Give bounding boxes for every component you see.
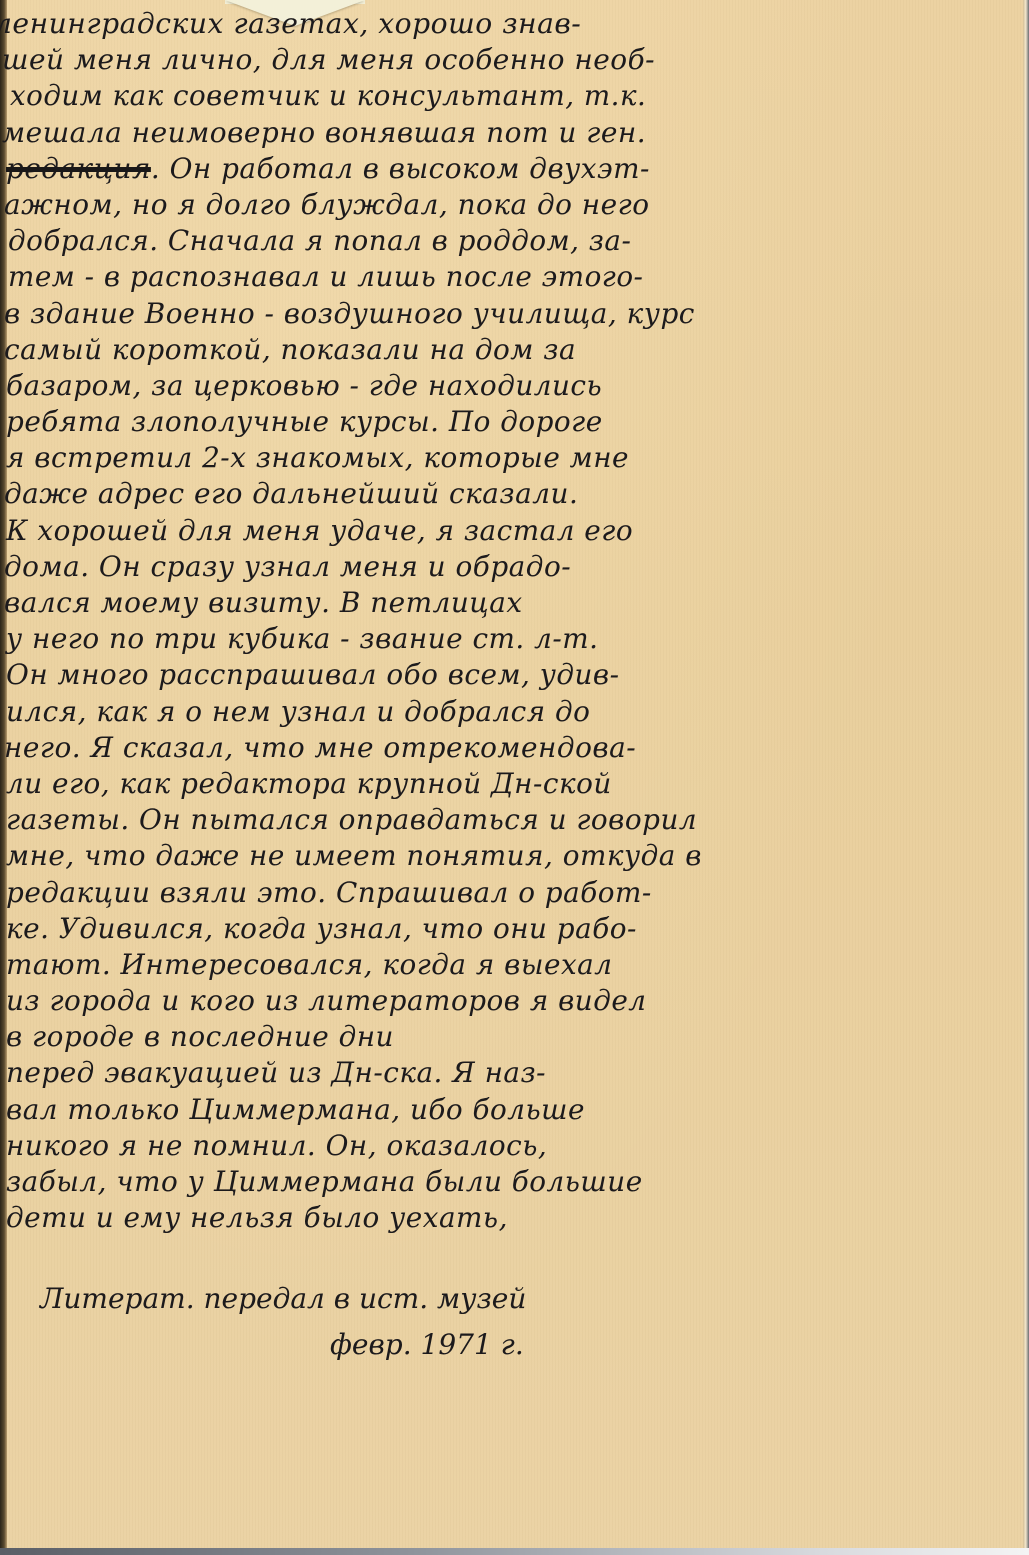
- text-line-12: ребята злополучные курсы. По дороге: [6, 404, 1010, 440]
- line-text: в городе в последние дни: [6, 1020, 394, 1053]
- page-bottom-edge: [0, 1548, 1029, 1555]
- line-text: газеты. Он пытался оправдаться и говорил: [6, 803, 697, 836]
- text-line-31: вал только Циммермана, ибо больше: [6, 1092, 1010, 1128]
- text-line-26: ке. Удивился, когда узнал, что они рабо-: [6, 911, 1010, 947]
- text-line-9: в здание Военно - воздушного училища, ку…: [4, 296, 1010, 332]
- text-line-28: из города и кого из литераторов я видел: [6, 983, 1010, 1019]
- closing-note: Литерат. передал в ист. музей: [40, 1282, 526, 1315]
- text-line-5: редакция. Он работал в высоком двухэт-: [6, 151, 1010, 187]
- text-line-17: вался моему визиту. В петлицах: [4, 585, 1010, 621]
- text-line-27: тают. Интересовался, когда я выехал: [6, 947, 1010, 983]
- text-line-32: никого я не помнил. Он, оказалось,: [6, 1128, 1010, 1164]
- text-line-21: него. Я сказал, что мне отрекомендова-: [4, 730, 1010, 766]
- manuscript-page: ленинградских газетах, хорошо знав- шей …: [0, 0, 1029, 1548]
- text-line-6: ажном, но я долго блуждал, пока до него: [4, 187, 1010, 223]
- line-text: из города и кого из литераторов я видел: [6, 984, 647, 1017]
- text-line-30: перед эвакуацией из Дн-ска. Я наз-: [6, 1055, 1010, 1091]
- text-line-23: газеты. Он пытался оправдаться и говорил: [6, 802, 1010, 838]
- text-line-34: дети и ему нельзя было уехать,: [6, 1200, 1010, 1236]
- line-text: мешала неимоверно вонявшая пот и ген.: [2, 116, 646, 149]
- line-text: я встретил 2-х знакомых, которые мне: [6, 441, 629, 474]
- line-text: него. Я сказал, что мне отрекомендова-: [4, 731, 636, 764]
- line-text: ребята злополучные курсы. По дороге: [6, 405, 603, 438]
- line-text: ке. Удивился, когда узнал, что они рабо-: [6, 912, 637, 945]
- text-line-7: добрался. Сначала я попал в роддом, за-: [8, 223, 1010, 259]
- line-text: ленинградских газетах, хорошо знав-: [0, 7, 581, 40]
- text-line-4: мешала неимоверно вонявшая пот и ген.: [2, 115, 1010, 151]
- text-line-18: у него по три кубика - звание ст. л-т.: [6, 621, 1010, 657]
- text-line-14: даже адрес его дальнейший сказали.: [4, 476, 1010, 512]
- line-text: мне, что даже не имеет понятия, откуда в: [6, 839, 702, 872]
- line-text: у него по три кубика - звание ст. л-т.: [6, 622, 598, 655]
- text-line-2: шей меня лично, для меня особенно необ-: [2, 42, 1010, 78]
- line-text: самый короткой, показали на дом за: [4, 333, 576, 366]
- line-text: вался моему визиту. В петлицах: [4, 586, 523, 619]
- struck-out-word: редакция: [6, 152, 151, 185]
- line-text: К хорошей для меня удаче, я застал его: [6, 514, 633, 547]
- line-text: . Он работал в высоком двухэт-: [151, 152, 650, 185]
- text-line-3: ходим как советчик и консультант, т.к.: [10, 78, 1010, 114]
- text-line-29: в городе в последние дни: [6, 1019, 1010, 1055]
- line-text: вал только Циммермана, ибо больше: [6, 1093, 585, 1126]
- line-text: даже адрес его дальнейший сказали.: [4, 477, 578, 510]
- text-line-25: редакции взяли это. Спрашивал о работ-: [6, 875, 1010, 911]
- text-line-24: мне, что даже не имеет понятия, откуда в: [6, 838, 1010, 874]
- text-line-11: базаром, за церковью - где находились: [6, 368, 1010, 404]
- line-text: ился, как я о нем узнал и добрался до: [6, 695, 590, 728]
- line-text: ажном, но я долго блуждал, пока до него: [4, 188, 650, 221]
- text-line-19: Он много расспрашивал обо всем, удив-: [6, 657, 1010, 693]
- text-line-16: дома. Он сразу узнал меня и обрадо-: [4, 549, 1010, 585]
- line-text: Он много расспрашивал обо всем, удив-: [6, 658, 620, 691]
- text-line-13: я встретил 2-х знакомых, которые мне: [6, 440, 1010, 476]
- line-text: базаром, за церковью - где находились: [6, 369, 602, 402]
- line-text: никого я не помнил. Он, оказалось,: [6, 1129, 547, 1162]
- line-text: дома. Он сразу узнал меня и обрадо-: [4, 550, 571, 583]
- closing-date: февр. 1971 г.: [330, 1328, 524, 1361]
- line-text: перед эвакуацией из Дн-ска. Я наз-: [6, 1056, 546, 1089]
- line-text: ходим как советчик и консультант, т.к.: [10, 79, 646, 112]
- line-text: редакции взяли это. Спрашивал о работ-: [6, 876, 652, 909]
- line-text: добрался. Сначала я попал в роддом, за-: [8, 224, 631, 257]
- text-line-1: ленинградских газетах, хорошо знав-: [0, 6, 1010, 42]
- line-text: ли его, как редактора крупной Дн-ской: [6, 767, 612, 800]
- line-text: шей меня лично, для меня особенно необ-: [2, 43, 655, 76]
- text-line-22: ли его, как редактора крупной Дн-ской: [6, 766, 1010, 802]
- line-text: в здание Военно - воздушного училища, ку…: [4, 297, 695, 330]
- line-text: забыл, что у Циммермана были большие: [6, 1165, 643, 1198]
- line-text: дети и ему нельзя было уехать,: [6, 1201, 508, 1234]
- page-right-edge: [1023, 0, 1029, 1548]
- line-text: тем - в распознавал и лишь после этого-: [8, 260, 643, 293]
- text-line-20: ился, как я о нем узнал и добрался до: [6, 694, 1010, 730]
- handwritten-text-block: ленинградских газетах, хорошо знав- шей …: [0, 6, 1010, 1236]
- text-line-10: самый короткой, показали на дом за: [4, 332, 1010, 368]
- line-text: тают. Интересовался, когда я выехал: [6, 948, 612, 981]
- text-line-8: тем - в распознавал и лишь после этого-: [8, 259, 1010, 295]
- text-line-33: забыл, что у Циммермана были большие: [6, 1164, 1010, 1200]
- text-line-15: К хорошей для меня удаче, я застал его: [6, 513, 1010, 549]
